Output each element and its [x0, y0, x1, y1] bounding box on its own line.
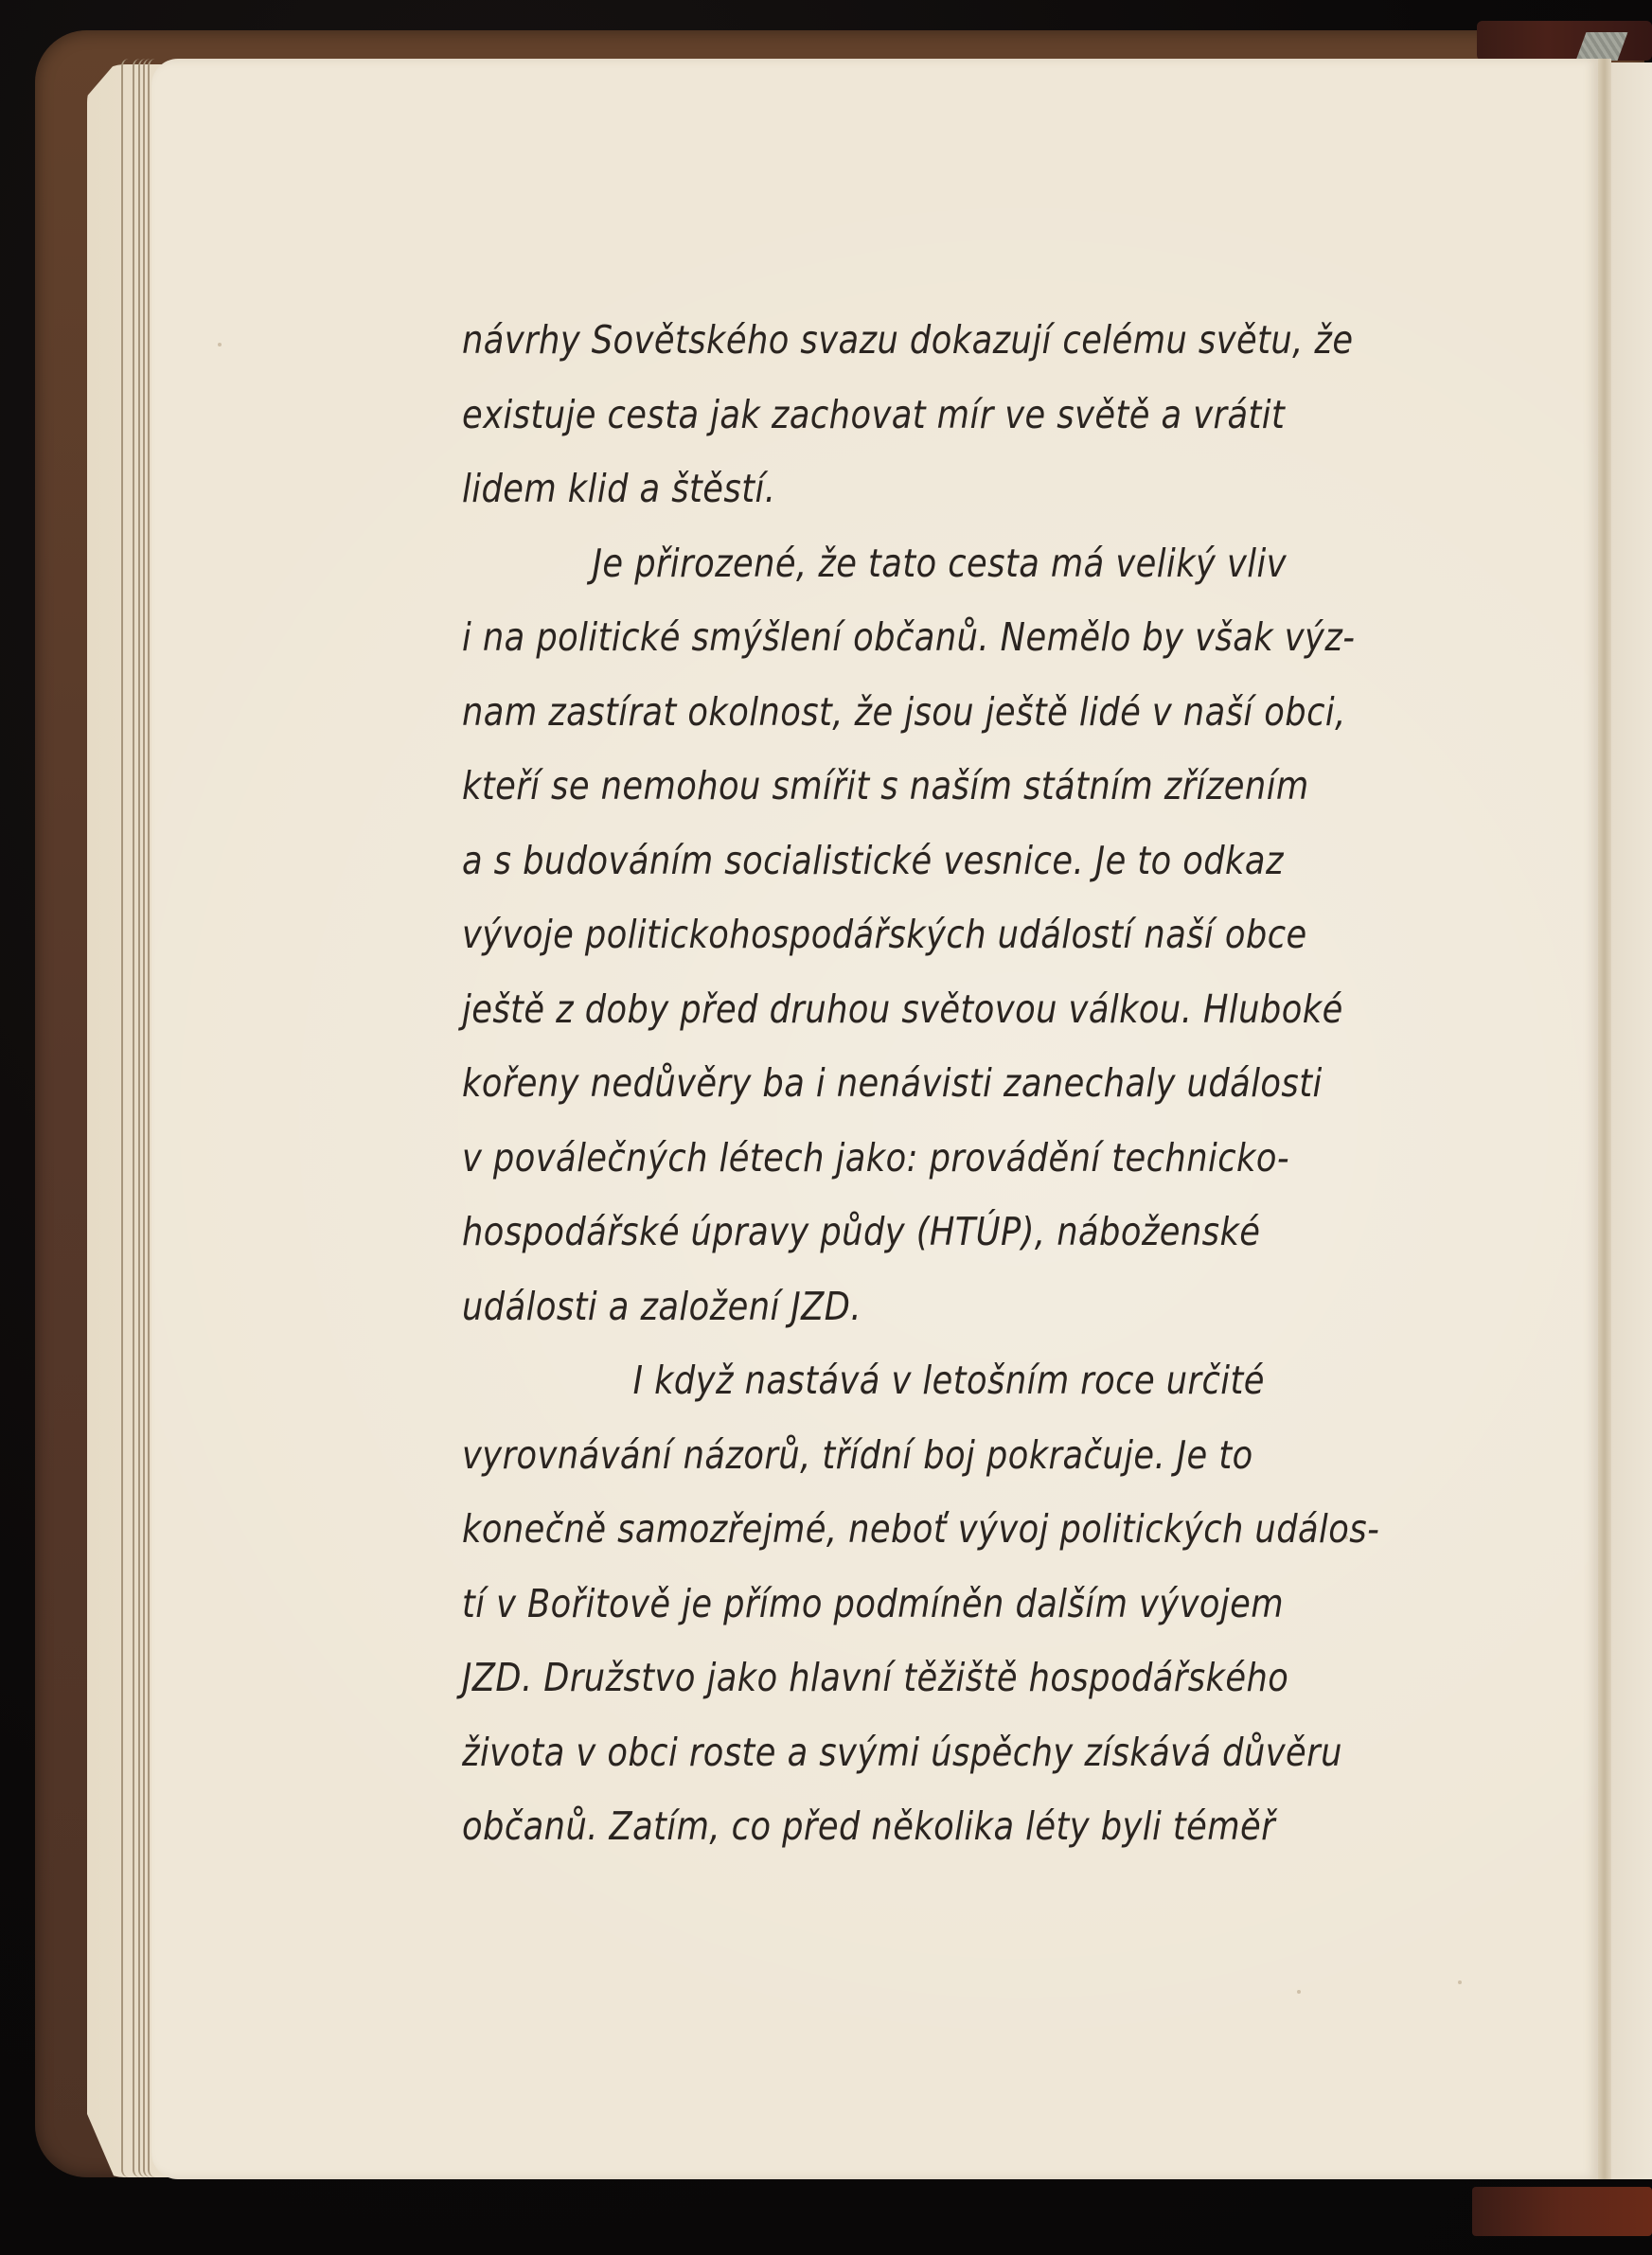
paragraph-start-line: I když nastává v letošním roce určité — [462, 1343, 1325, 1418]
text-line: ještě z doby před druhou světovou válkou… — [462, 972, 1325, 1047]
book-spine-top — [1477, 21, 1652, 61]
text-line: hospodářské úpravy půdy (HTÚP), nábožens… — [462, 1195, 1325, 1270]
paragraph-start-line: Je přirozené, že tato cesta má veliký vl… — [462, 526, 1325, 601]
page-edge — [121, 59, 129, 2177]
text-line: i na politické smýšlení občanů. Nemělo b… — [462, 600, 1325, 675]
text-line: lidem klid a štěstí. — [462, 452, 1325, 526]
book-gutter — [1598, 59, 1611, 2179]
text-line: občanů. Zatím, co před několika léty byl… — [462, 1789, 1325, 1864]
text-line: kteří se nemohou smířit s naším státním … — [462, 749, 1325, 824]
text-line: v poválečných létech jako: provádění tec… — [462, 1121, 1325, 1196]
text-line: vyrovnávání názorů, třídní boj pokračuje… — [462, 1418, 1325, 1493]
text-line: existuje cesta jak zachovat mír ve světě… — [462, 378, 1325, 453]
text-line: vývoje politickohospodářských událostí n… — [462, 897, 1325, 972]
text-line: a s budováním socialistické vesnice. Je … — [462, 824, 1325, 898]
book-spine-bottom — [1472, 2187, 1652, 2236]
text-line: JZD. Družstvo jako hlavní těžiště hospod… — [462, 1641, 1325, 1715]
text-line: života v obci roste a svými úspěchy získ… — [462, 1715, 1325, 1790]
text-line: návrhy Sovětského svazu dokazují celému … — [462, 303, 1325, 378]
text-line: události a založení JZD. — [462, 1270, 1325, 1344]
facing-page-edge — [1611, 62, 1652, 2179]
text-line: tí v Bořitově je přímo podmíněn dalším v… — [462, 1567, 1325, 1642]
handwritten-text: návrhy Sovětského svazu dokazují celému … — [462, 303, 1465, 1864]
text-line: konečně samozřejmé, neboť vývoj politick… — [462, 1492, 1325, 1567]
text-line: kořeny nedůvěry ba i nenávisti zanechaly… — [462, 1046, 1325, 1121]
text-line: nam zastírat okolnost, že jsou ještě lid… — [462, 675, 1325, 750]
